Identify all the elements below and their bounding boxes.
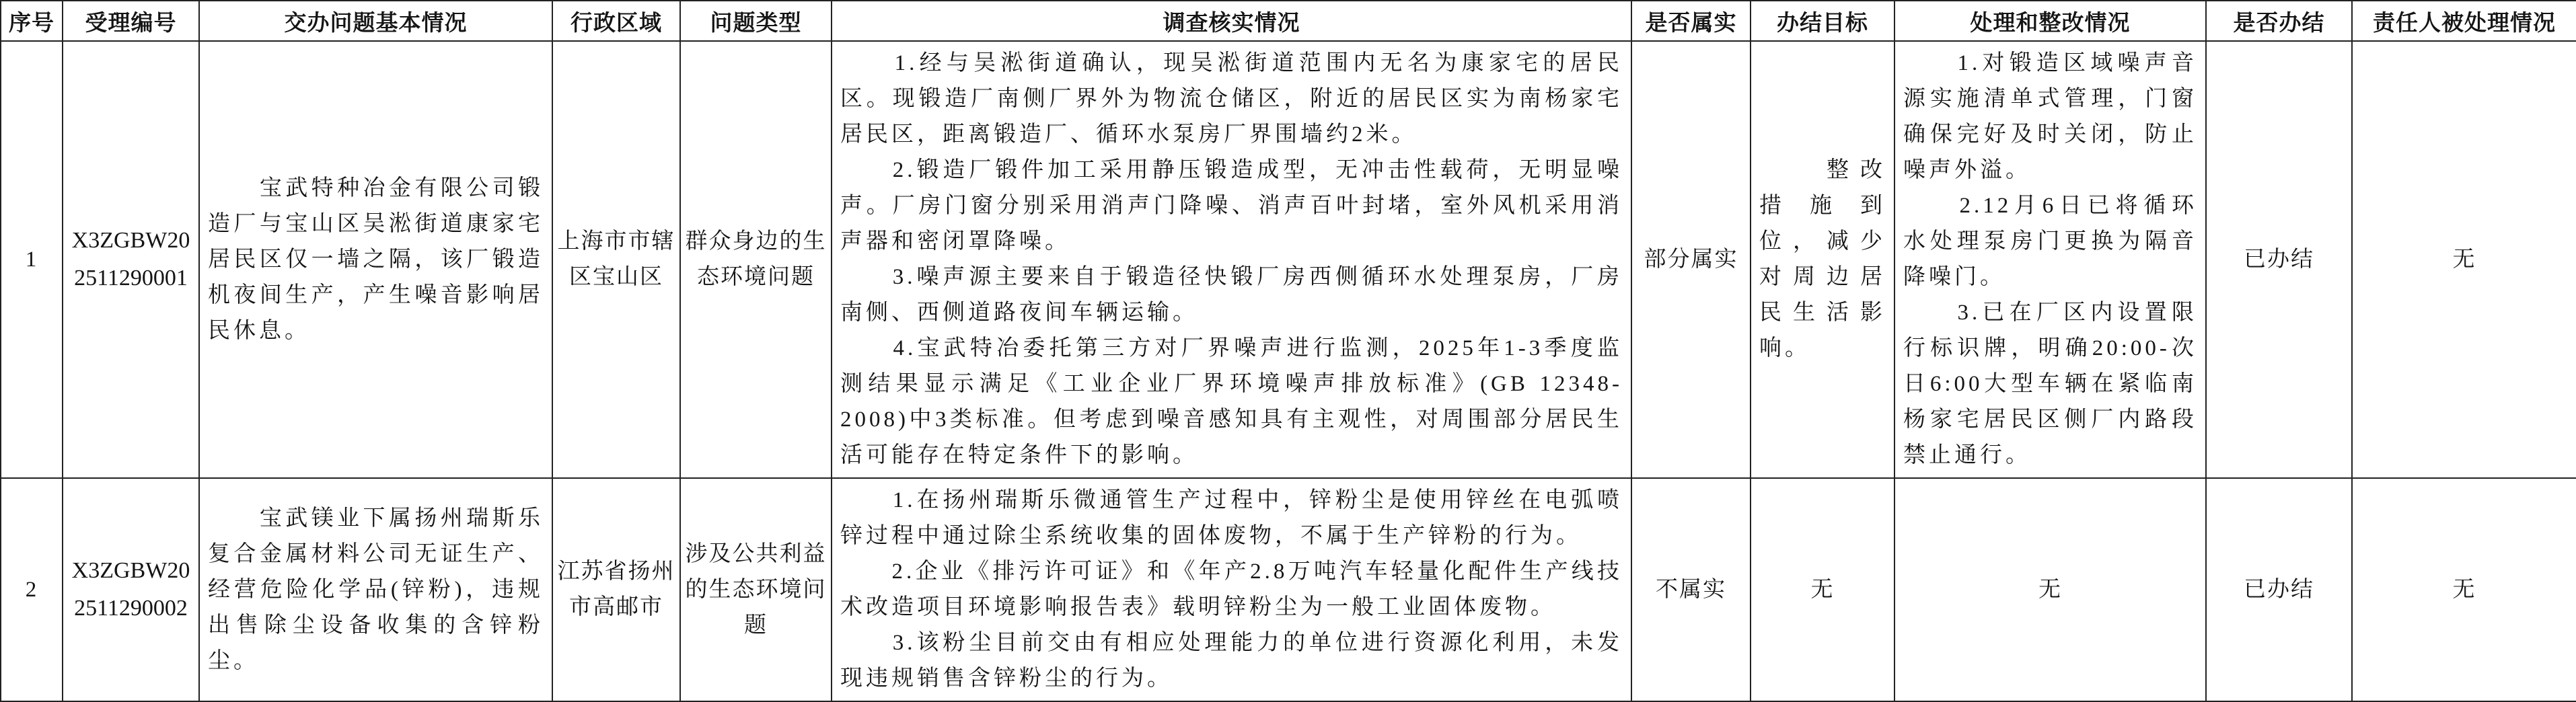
cell-verification: 1.经与吴淞街道确认，现吴淞街道范围内无名为康家宅的居民区。现锻造厂南侧厂界外为…	[832, 41, 1631, 478]
header-accountability: 责任人被处理情况	[2352, 1, 2576, 41]
cell-case-no: X3ZGBW20 2511290001	[63, 41, 199, 478]
table-row: 1 X3ZGBW20 2511290001 宝武特种冶金有限公司锻造厂与宝山区吴…	[1, 41, 2576, 478]
cell-accountability: 无	[2352, 478, 2576, 701]
cell-accountability: 无	[2352, 41, 2576, 478]
header-is-closed: 是否办结	[2206, 1, 2352, 41]
cell-issue-type: 涉及公共利益的生态环境问题	[680, 478, 832, 701]
header-handling: 处理和整改情况	[1894, 1, 2206, 41]
complaint-handling-table: 序号 受理编号 交办问题基本情况 行政区域 问题类型 调查核实情况 是否属实 办…	[0, 0, 2576, 702]
cell-handling: 1.对锻造区域噪声音源实施清单式管理，门窗确保完好及时关闭，防止噪声外溢。 2.…	[1894, 41, 2206, 478]
header-case-no: 受理编号	[63, 1, 199, 41]
cell-is-true: 不属实	[1631, 478, 1751, 701]
cell-is-closed: 已办结	[2206, 478, 2352, 701]
header-issue: 交办问题基本情况	[199, 1, 552, 41]
cell-issue: 宝武镁业下属扬州瑞斯乐复合金属材料公司无证生产、经营危险化学品(锌粉)，违规出售…	[199, 478, 552, 701]
header-verification: 调查核实情况	[832, 1, 1631, 41]
header-region: 行政区域	[552, 1, 680, 41]
header-is-true: 是否属实	[1631, 1, 1751, 41]
cell-is-closed: 已办结	[2206, 41, 2352, 478]
cell-handling: 无	[1894, 478, 2206, 701]
table-row: 2 X3ZGBW20 2511290002 宝武镁业下属扬州瑞斯乐复合金属材料公…	[1, 478, 2576, 701]
cell-seq: 2	[1, 478, 63, 701]
cell-issue-type: 群众身边的生态环境问题	[680, 41, 832, 478]
cell-region: 上海市市辖区宝山区	[552, 41, 680, 478]
table-header-row: 序号 受理编号 交办问题基本情况 行政区域 问题类型 调查核实情况 是否属实 办…	[1, 1, 2576, 41]
cell-issue: 宝武特种冶金有限公司锻造厂与宝山区吴淞街道康家宅居民区仅一墙之隔，该厂锻造机夜间…	[199, 41, 552, 478]
header-seq: 序号	[1, 1, 63, 41]
cell-region: 江苏省扬州市高邮市	[552, 478, 680, 701]
cell-verification: 1.在扬州瑞斯乐微通管生产过程中，锌粉尘是使用锌丝在电弧喷锌过程中通过除尘系统收…	[832, 478, 1631, 701]
cell-target: 整改措施到位，减少对周边居民生活影响。	[1751, 41, 1894, 478]
header-issue-type: 问题类型	[680, 1, 832, 41]
header-target: 办结目标	[1751, 1, 1894, 41]
cell-is-true: 部分属实	[1631, 41, 1751, 478]
cell-target: 无	[1751, 478, 1894, 701]
cell-seq: 1	[1, 41, 63, 478]
cell-case-no: X3ZGBW20 2511290002	[63, 478, 199, 701]
